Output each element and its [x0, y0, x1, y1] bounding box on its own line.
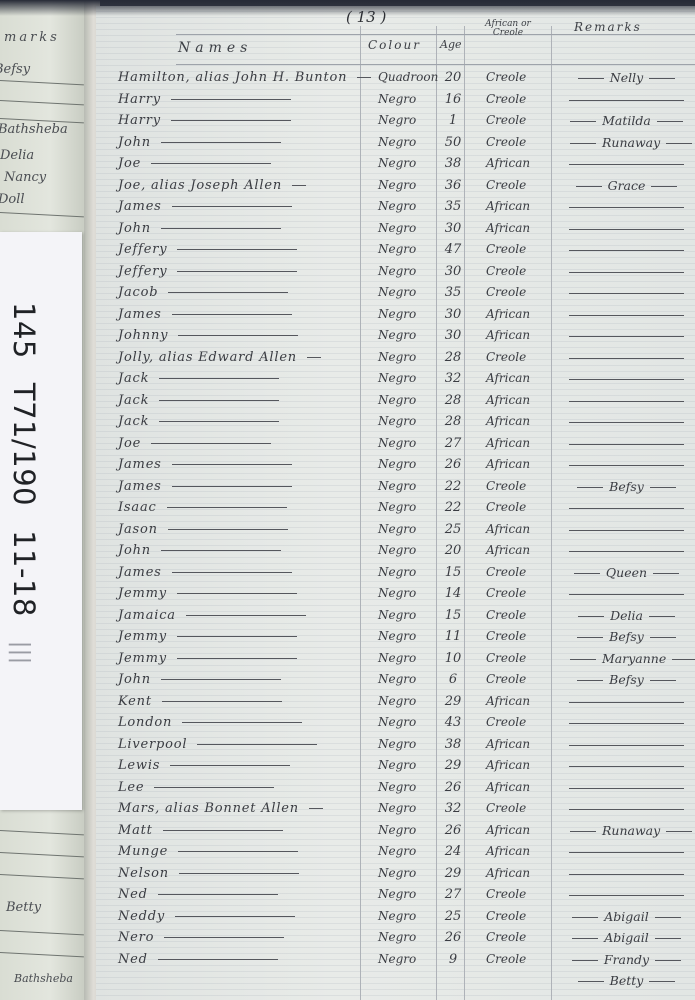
- entry-name: Mars, alias Bonnet Allen: [118, 801, 323, 816]
- register-row: JohnNegro6CreoleBefsy: [96, 670, 695, 692]
- entry-origin: Creole: [486, 500, 526, 514]
- archive-reference-slip: 145T71/19011-18|||: [0, 232, 82, 810]
- entry-name: James: [118, 565, 292, 580]
- register-row: MattNegro26AfricanRunaway: [96, 821, 695, 843]
- entry-colour: Negro: [378, 737, 416, 751]
- entry-remark: [564, 285, 689, 300]
- facing-remark: Bathsheba: [0, 122, 68, 137]
- register-row: JohnNegro30African: [96, 219, 695, 241]
- register-row: JoeNegro38African: [96, 154, 695, 176]
- entry-colour: Negro: [378, 629, 416, 643]
- register-row: JefferyNegro47Creole: [96, 240, 695, 262]
- entry-age: 25: [442, 522, 464, 537]
- entry-name: Jamaica: [118, 608, 306, 623]
- entry-colour: Negro: [378, 586, 416, 600]
- entry-colour: Negro: [378, 156, 416, 170]
- entry-origin: Creole: [486, 70, 526, 84]
- entry-origin: African: [486, 866, 530, 880]
- entry-colour: Negro: [378, 887, 416, 901]
- entry-origin: Creole: [486, 92, 526, 106]
- entry-colour: Negro: [378, 178, 416, 192]
- register-row: JohnNegro50CreoleRunaway: [96, 133, 695, 155]
- entry-colour: Negro: [378, 457, 416, 471]
- archive-series: T71/190: [7, 383, 41, 506]
- facing-remark: Betty: [6, 900, 41, 915]
- entry-age: 25: [442, 909, 464, 924]
- entry-origin: Creole: [486, 350, 526, 364]
- entry-remark: [564, 801, 689, 816]
- entry-remark: [564, 436, 689, 451]
- entry-name: Jemmy: [118, 629, 297, 644]
- register-row: Joe, alias Joseph AllenNegro36CreoleGrac…: [96, 176, 695, 198]
- entry-name: Ned: [118, 952, 278, 967]
- entry-age: 30: [442, 307, 464, 322]
- entry-age: 29: [442, 866, 464, 881]
- entry-colour: Negro: [378, 565, 416, 579]
- entry-remark: Abigail: [564, 930, 689, 945]
- entry-colour: Negro: [378, 930, 416, 944]
- facing-remark: Doll: [0, 192, 25, 207]
- entry-colour: Negro: [378, 199, 416, 213]
- entry-remark: Runaway: [564, 135, 689, 150]
- entry-age: 14: [442, 586, 464, 601]
- entry-origin: Creole: [486, 479, 526, 493]
- register-row: LewisNegro29African: [96, 756, 695, 778]
- entry-colour: Negro: [378, 307, 416, 321]
- entry-colour: Negro: [378, 393, 416, 407]
- entry-origin: African: [486, 328, 530, 342]
- entry-name: Harry: [118, 92, 291, 107]
- entry-remark: Matilda: [564, 113, 689, 128]
- entry-remark: [564, 371, 689, 386]
- entry-origin: African: [486, 694, 530, 708]
- entry-name: John: [118, 543, 281, 558]
- archive-folios: 11-18: [7, 530, 41, 617]
- entry-colour: Negro: [378, 479, 416, 493]
- entry-name: Jeffery: [118, 242, 297, 257]
- entry-name: Matt: [118, 823, 283, 838]
- entry-origin: Creole: [486, 909, 526, 923]
- register-entries: Hamilton, alias John H. BuntonQuadroon20…: [96, 68, 695, 993]
- entry-colour: Negro: [378, 221, 416, 235]
- register-row: JefferyNegro30Creole: [96, 262, 695, 284]
- entry-name: John: [118, 672, 281, 687]
- entry-colour: Negro: [378, 823, 416, 837]
- entry-remark: [564, 264, 689, 279]
- entry-remark: [564, 737, 689, 752]
- entry-remark: [564, 393, 689, 408]
- entry-name: Nero: [118, 930, 284, 945]
- entry-origin: African: [486, 199, 530, 213]
- register-row: NedNegro27Creole: [96, 885, 695, 907]
- register-row: JamesNegro26African: [96, 455, 695, 477]
- entry-colour: Negro: [378, 543, 416, 557]
- entry-origin: African: [486, 436, 530, 450]
- entry-origin: African: [486, 156, 530, 170]
- facing-remark: Delia: [0, 148, 34, 163]
- entry-remark: [564, 307, 689, 322]
- entry-age: 26: [442, 823, 464, 838]
- ledger-page: ( 13 ) Names Colour Age African or Creol…: [96, 6, 695, 1000]
- register-row: JamaicaNegro15CreoleDelia: [96, 606, 695, 628]
- entry-name: John: [118, 221, 281, 236]
- register-row: JemmyNegro14Creole: [96, 584, 695, 606]
- entry-age: 32: [442, 371, 464, 386]
- entry-name: Jeffery: [118, 264, 297, 279]
- entry-remark: Befsy: [564, 629, 689, 644]
- entry-colour: Negro: [378, 694, 416, 708]
- entry-remark: [564, 199, 689, 214]
- entry-remark: Maryanne: [564, 651, 689, 666]
- entry-age: 30: [442, 328, 464, 343]
- entry-age: 27: [442, 887, 464, 902]
- entry-origin: African: [486, 758, 530, 772]
- column-header-remarks: Remarks: [574, 20, 642, 34]
- entry-colour: Negro: [378, 952, 416, 966]
- facing-header: marks: [4, 30, 60, 45]
- binding-shadow: [0, 0, 695, 16]
- entry-remark: [564, 887, 689, 902]
- entry-name: Joe, alias Joseph Allen: [118, 178, 306, 193]
- archive-tally-mark: |||: [8, 641, 33, 665]
- entry-origin: African: [486, 844, 530, 858]
- column-header-names: Names: [178, 40, 252, 56]
- entry-age: 20: [442, 70, 464, 85]
- entry-remark: [564, 350, 689, 365]
- register-row: JacobNegro35Creole: [96, 283, 695, 305]
- entry-age: 30: [442, 221, 464, 236]
- register-row: MungeNegro24African: [96, 842, 695, 864]
- entry-age: 47: [442, 242, 464, 257]
- entry-remark: Grace: [564, 178, 689, 193]
- register-row: NeddyNegro25CreoleAbigail: [96, 907, 695, 929]
- entry-colour: Negro: [378, 285, 416, 299]
- entry-remark: [564, 715, 689, 730]
- register-row: JoeNegro27African: [96, 434, 695, 456]
- column-header-origin: African or Creole: [476, 20, 540, 38]
- entry-age: 20: [442, 543, 464, 558]
- entry-age: 10: [442, 651, 464, 666]
- entry-colour: Negro: [378, 328, 416, 342]
- entry-age: 9: [442, 952, 464, 967]
- facing-remark: Befsy: [0, 62, 30, 77]
- entry-origin: Creole: [486, 651, 526, 665]
- entry-colour: Negro: [378, 651, 416, 665]
- entry-age: 36: [442, 178, 464, 193]
- entry-origin: African: [486, 371, 530, 385]
- register-row: Hamilton, alias John H. BuntonQuadroon20…: [96, 68, 695, 90]
- entry-remark: Befsy: [564, 672, 689, 687]
- entry-origin: Creole: [486, 178, 526, 192]
- entry-remark: Queen: [564, 565, 689, 580]
- entry-age: 26: [442, 457, 464, 472]
- entry-name: Jolly, alias Edward Allen: [118, 350, 321, 365]
- entry-name: Jack: [118, 393, 279, 408]
- header-rule: [176, 34, 695, 35]
- entry-age: 15: [442, 608, 464, 623]
- entry-name: Lee: [118, 780, 274, 795]
- register-row: Betty: [96, 971, 695, 993]
- entry-name: Isaac: [118, 500, 287, 515]
- entry-age: 6: [442, 672, 464, 687]
- entry-origin: Creole: [486, 952, 526, 966]
- entry-colour: Negro: [378, 522, 416, 536]
- entry-remark: [564, 758, 689, 773]
- entry-remark: [564, 414, 689, 429]
- register-row: HarryNegro16Creole: [96, 90, 695, 112]
- entry-origin: Creole: [486, 264, 526, 278]
- entry-age: 32: [442, 801, 464, 816]
- entry-origin: Creole: [486, 887, 526, 901]
- column-header-colour: Colour: [368, 38, 421, 52]
- entry-origin: Creole: [486, 801, 526, 815]
- entry-age: 16: [442, 92, 464, 107]
- entry-name: Liverpool: [118, 737, 317, 752]
- register-row: NelsonNegro29African: [96, 864, 695, 886]
- register-row: LiverpoolNegro38African: [96, 735, 695, 757]
- entry-age: 26: [442, 930, 464, 945]
- register-row: JemmyNegro10CreoleMaryanne: [96, 649, 695, 671]
- entry-remark: [564, 866, 689, 881]
- register-row: JohnnyNegro30African: [96, 326, 695, 348]
- entry-colour: Negro: [378, 414, 416, 428]
- entry-name: Jemmy: [118, 651, 297, 666]
- entry-remark: [564, 694, 689, 709]
- entry-remark: [564, 543, 689, 558]
- entry-colour: Negro: [378, 113, 416, 127]
- register-row: JohnNegro20African: [96, 541, 695, 563]
- entry-origin: Creole: [486, 135, 526, 149]
- entry-colour: Negro: [378, 350, 416, 364]
- register-row: NeroNegro26CreoleAbigail: [96, 928, 695, 950]
- entry-remark: [564, 586, 689, 601]
- entry-name: Kent: [118, 694, 282, 709]
- entry-origin: African: [486, 522, 530, 536]
- register-row: JemmyNegro11CreoleBefsy: [96, 627, 695, 649]
- entry-origin: Creole: [486, 586, 526, 600]
- entry-age: 38: [442, 737, 464, 752]
- register-row: JackNegro28African: [96, 412, 695, 434]
- entry-remark: Abigail: [564, 909, 689, 924]
- entry-name: John: [118, 135, 281, 150]
- entry-age: 35: [442, 199, 464, 214]
- entry-name: Joe: [118, 436, 271, 451]
- entry-colour: Negro: [378, 715, 416, 729]
- register-row: JasonNegro25African: [96, 520, 695, 542]
- entry-colour: Negro: [378, 436, 416, 450]
- entry-remark: Befsy: [564, 479, 689, 494]
- entry-colour: Negro: [378, 909, 416, 923]
- entry-origin: African: [486, 414, 530, 428]
- entry-age: 28: [442, 393, 464, 408]
- archive-reference: 145T71/19011-18|||: [7, 302, 41, 689]
- entry-colour: Negro: [378, 135, 416, 149]
- entry-remark: Nelly: [564, 70, 689, 85]
- entry-name: Neddy: [118, 909, 295, 924]
- entry-age: 27: [442, 436, 464, 451]
- entry-name: Jason: [118, 522, 288, 537]
- entry-origin: African: [486, 393, 530, 407]
- column-header-age: Age: [440, 38, 462, 51]
- register-row: KentNegro29African: [96, 692, 695, 714]
- entry-remark: [564, 522, 689, 537]
- entry-age: 26: [442, 780, 464, 795]
- entry-origin: Creole: [486, 629, 526, 643]
- entry-remark: [564, 457, 689, 472]
- entry-name: James: [118, 479, 292, 494]
- entry-origin: African: [486, 221, 530, 235]
- entry-age: 43: [442, 715, 464, 730]
- header-rule: [176, 64, 695, 65]
- entry-remark: Runaway: [564, 823, 689, 838]
- entry-age: 11: [442, 629, 464, 644]
- entry-colour: Negro: [378, 780, 416, 794]
- entry-name: Jack: [118, 371, 279, 386]
- entry-remark: Frandy: [564, 952, 689, 967]
- entry-colour: Negro: [378, 92, 416, 106]
- entry-colour: Negro: [378, 264, 416, 278]
- entry-age: 15: [442, 565, 464, 580]
- register-row: JamesNegro30African: [96, 305, 695, 327]
- facing-remark: Bathsheba: [14, 972, 73, 985]
- entry-name: Jack: [118, 414, 279, 429]
- entry-age: 50: [442, 135, 464, 150]
- entry-remark: [564, 92, 689, 107]
- entry-age: 28: [442, 414, 464, 429]
- entry-remark: [564, 328, 689, 343]
- entry-colour: Negro: [378, 371, 416, 385]
- entry-colour: Negro: [378, 866, 416, 880]
- entry-colour: Negro: [378, 608, 416, 622]
- entry-age: 1: [442, 113, 464, 128]
- entry-remark: [564, 780, 689, 795]
- entry-colour: Negro: [378, 844, 416, 858]
- entry-remark: [564, 844, 689, 859]
- entry-name: Lewis: [118, 758, 290, 773]
- entry-origin: Creole: [486, 565, 526, 579]
- register-row: IsaacNegro22Creole: [96, 498, 695, 520]
- register-row: JamesNegro15CreoleQueen: [96, 563, 695, 585]
- entry-name: Jemmy: [118, 586, 297, 601]
- entry-name: Munge: [118, 844, 298, 859]
- entry-name: Johnny: [118, 328, 298, 343]
- entry-name: James: [118, 457, 292, 472]
- entry-name: Nelson: [118, 866, 299, 881]
- entry-colour: Negro: [378, 242, 416, 256]
- entry-origin: African: [486, 307, 530, 321]
- register-row: JackNegro32African: [96, 369, 695, 391]
- entry-name: James: [118, 307, 292, 322]
- entry-colour: Negro: [378, 801, 416, 815]
- entry-colour: Quadroon: [378, 70, 438, 84]
- entry-origin: Creole: [486, 285, 526, 299]
- entry-age: 29: [442, 694, 464, 709]
- entry-name: Jacob: [118, 285, 288, 300]
- entry-origin: Creole: [486, 672, 526, 686]
- entry-age: 30: [442, 264, 464, 279]
- entry-origin: Creole: [486, 113, 526, 127]
- facing-remark: Nancy: [4, 170, 46, 185]
- entry-origin: Creole: [486, 715, 526, 729]
- entry-remark: [564, 242, 689, 257]
- entry-colour: Negro: [378, 500, 416, 514]
- register-row: JamesNegro35African: [96, 197, 695, 219]
- entry-origin: African: [486, 823, 530, 837]
- entry-name: Hamilton, alias John H. Bunton: [118, 70, 371, 85]
- register-row: LondonNegro43Creole: [96, 713, 695, 735]
- entry-name: Harry: [118, 113, 291, 128]
- entry-age: 24: [442, 844, 464, 859]
- entry-age: 29: [442, 758, 464, 773]
- entry-age: 22: [442, 500, 464, 515]
- entry-age: 28: [442, 350, 464, 365]
- entry-origin: Creole: [486, 930, 526, 944]
- entry-remark: Delia: [564, 608, 689, 623]
- register-row: JamesNegro22CreoleBefsy: [96, 477, 695, 499]
- entry-name: Ned: [118, 887, 278, 902]
- entry-age: 35: [442, 285, 464, 300]
- entry-remark: [564, 500, 689, 515]
- entry-remark: Betty: [564, 973, 689, 988]
- entry-origin: Creole: [486, 242, 526, 256]
- register-row: Jolly, alias Edward AllenNegro28Creole: [96, 348, 695, 370]
- entry-age: 38: [442, 156, 464, 171]
- entry-origin: African: [486, 737, 530, 751]
- register-row: NedNegro9CreoleFrandy: [96, 950, 695, 972]
- register-row: HarryNegro1CreoleMatilda: [96, 111, 695, 133]
- entry-origin: African: [486, 780, 530, 794]
- entry-origin: Creole: [486, 608, 526, 622]
- register-row: JackNegro28African: [96, 391, 695, 413]
- register-row: Mars, alias Bonnet AllenNegro32Creole: [96, 799, 695, 821]
- register-row: LeeNegro26African: [96, 778, 695, 800]
- entry-remark: [564, 221, 689, 236]
- entry-colour: Negro: [378, 672, 416, 686]
- archive-piece: 145: [7, 302, 41, 359]
- entry-origin: African: [486, 543, 530, 557]
- entry-origin: African: [486, 457, 530, 471]
- entry-name: Joe: [118, 156, 271, 171]
- entry-remark: [564, 156, 689, 171]
- entry-name: James: [118, 199, 292, 214]
- entry-name: London: [118, 715, 302, 730]
- entry-colour: Negro: [378, 758, 416, 772]
- entry-age: 22: [442, 479, 464, 494]
